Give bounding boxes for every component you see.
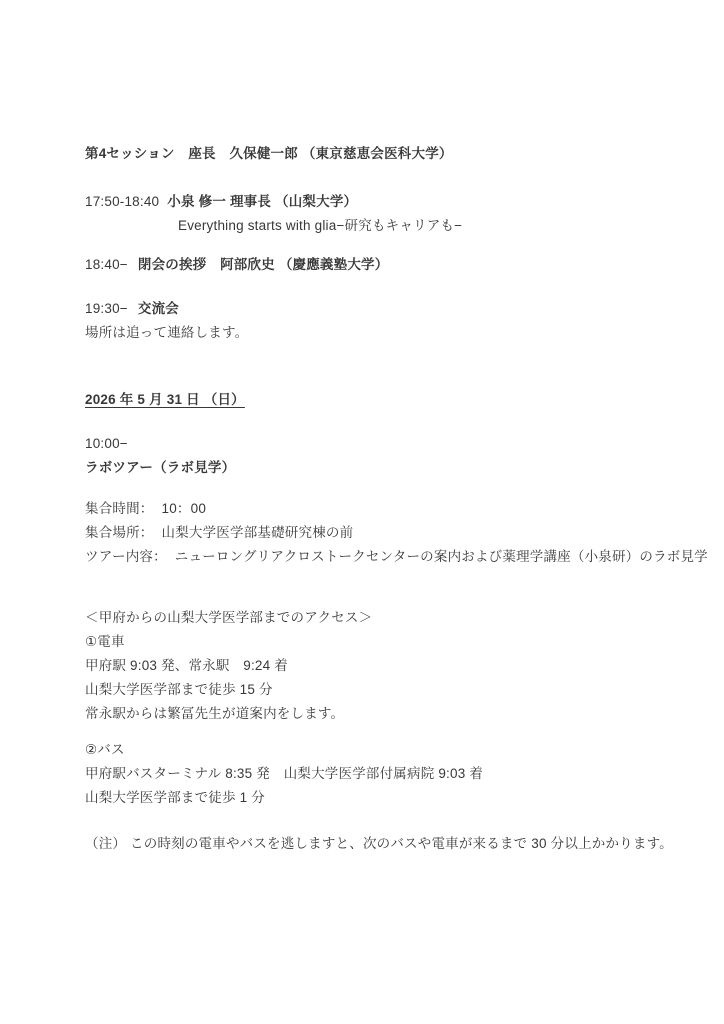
session4-header: 第4セッション 座長 久保健一郎 （東京慈恵会医科大学）: [85, 142, 710, 166]
access-train-label: ①電車: [85, 630, 710, 654]
meeting-time-label: 集合時間：: [85, 501, 154, 516]
document-content: 第4セッション 座長 久保健一郎 （東京慈恵会医科大学） 17:50-18:40…: [85, 142, 710, 856]
closing-label: 閉会の挨拶 阿部欣史 （慶應義塾大学）: [138, 257, 389, 272]
access-bus-line: 山梨大学医学部まで徒歩 1 分: [85, 786, 710, 810]
talk-speaker: 小泉 修一 理事長 （山梨大学）: [167, 194, 357, 209]
labtour-title: ラボツアー（ラボ見学）: [85, 456, 710, 480]
tour-content-label: ツアー内容：: [85, 549, 167, 564]
talk-title: Everything starts with glia−研究もキャリアも−: [85, 214, 710, 238]
social-label: 交流会: [138, 301, 179, 316]
meeting-place-line: 集合場所：山梨大学医学部基礎研究棟の前: [85, 521, 710, 545]
access-bus-line: 甲府駅バスターミナル 8:35 発 山梨大学医学部付属病院 9:03 着: [85, 762, 710, 786]
labtour-time: 10:00−: [85, 432, 710, 456]
meeting-time-line: 集合時間：10：00: [85, 497, 710, 521]
access-train-line: 甲府駅 9:03 発、常永駅 9:24 着: [85, 654, 710, 678]
social-line: 19:30−交流会: [85, 297, 710, 321]
access-train-line: 山梨大学医学部まで徒歩 15 分: [85, 678, 710, 702]
access-heading: ＜甲府からの山梨大学医学部までのアクセス＞: [85, 606, 710, 630]
access-note: （注） この時刻の電車やバスを逃しますと、次のバスや電車が来るまで 30 分以上…: [85, 832, 710, 856]
meeting-place-label: 集合場所：: [85, 525, 154, 540]
talk-line: 17:50-18:40小泉 修一 理事長 （山梨大学）: [85, 190, 710, 214]
access-train-line: 常永駅からは繁冨先生が道案内をします。: [85, 702, 710, 726]
tour-content-value: ニューロングリアクロストークセンターの案内および薬理学講座（小泉研）のラボ見学: [175, 549, 708, 564]
closing-time: 18:40−: [85, 257, 128, 272]
closing-line: 18:40−閉会の挨拶 阿部欣史 （慶應義塾大学）: [85, 253, 710, 277]
meeting-time-value: 10：00: [162, 501, 207, 516]
day2-date-heading: 2026 年 5 月 31 日 （日）: [85, 388, 710, 412]
social-time: 19:30−: [85, 301, 128, 316]
document-page: 第4セッション 座長 久保健一郎 （東京慈恵会医科大学） 17:50-18:40…: [0, 0, 724, 1024]
talk-time: 17:50-18:40: [85, 194, 159, 209]
tour-content-line: ツアー内容：ニューロングリアクロストークセンターの案内および薬理学講座（小泉研）…: [85, 545, 710, 569]
meeting-place-value: 山梨大学医学部基礎研究棟の前: [162, 525, 354, 540]
access-bus-label: ②バス: [85, 738, 710, 762]
social-note: 場所は追って連絡します。: [85, 321, 710, 345]
